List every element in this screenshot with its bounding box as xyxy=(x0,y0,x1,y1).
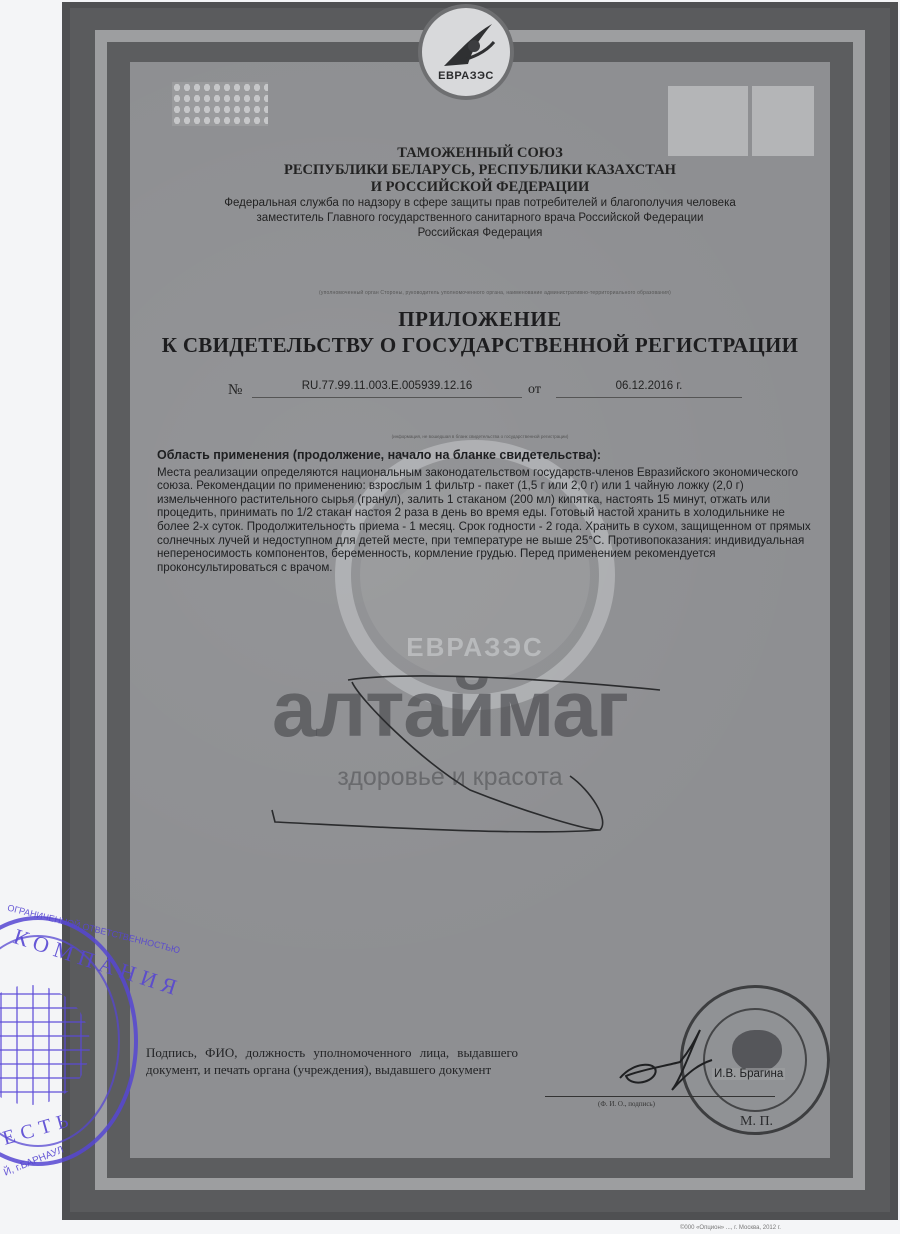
document-title: ПРИЛОЖЕНИЕ К СВИДЕТЕЛЬСТВУ О ГОСУДАРСТВЕ… xyxy=(130,306,830,358)
header-line-deputy: заместитель Главного государственного са… xyxy=(140,211,820,226)
signer-name: И.В. Брагина xyxy=(712,1068,785,1080)
guilloche-ornament-left xyxy=(172,82,268,126)
brand-watermark-tagline: здоровье и красота xyxy=(215,762,685,792)
document-header: ТАМОЖЕННЫЙ СОЮЗ РЕСПУБЛИКИ БЕЛАРУСЬ, РЕС… xyxy=(140,145,820,241)
eurasec-emblem-icon xyxy=(440,20,496,70)
brand-watermark: алтаймаг xyxy=(215,664,685,754)
title-appendix: ПРИЛОЖЕНИЕ xyxy=(130,306,830,332)
printer-imprint: ©000 «Опцион» ..., г. Москва, 2012 г. xyxy=(680,1225,781,1231)
authority-caption: (уполномоченный орган Стороны, руководит… xyxy=(210,290,780,296)
from-label: от xyxy=(528,382,541,398)
watermark-seal-label: ЕВРАЗЭС xyxy=(355,632,595,663)
registration-number: RU.77.99.11.003.E.005939.12.16 xyxy=(252,378,522,398)
header-line-country: Российская Федерация xyxy=(140,226,820,241)
number-sign: № xyxy=(228,382,242,399)
title-certificate: К СВИДЕТЕЛЬСТВУ О ГОСУДАРСТВЕННОЙ РЕГИСТ… xyxy=(130,332,830,358)
scope-heading: Область применения (продолжение, начало … xyxy=(157,449,817,463)
registration-line: № RU.77.99.11.003.E.005939.12.16 от 06.1… xyxy=(228,378,748,402)
signature-line xyxy=(545,1096,775,1097)
registration-date: 06.12.2016 г. xyxy=(556,378,742,398)
scope-text: Места реализации определяются национальн… xyxy=(157,466,817,575)
emblem-label: ЕВРАЗЭС xyxy=(422,70,510,82)
stamp-place-label: М. П. xyxy=(740,1114,773,1130)
header-line-agency: Федеральная служба по надзору в сфере за… xyxy=(140,196,820,211)
header-line-russian-federation: И РОССИЙСКОЙ ФЕДЕРАЦИИ xyxy=(140,179,820,196)
signature-caption: Подпись, ФИО, должность уполномоченного … xyxy=(146,1044,518,1078)
fio-caption: (Ф. И. О., подпись) xyxy=(598,1100,655,1108)
header-line-republics: РЕСПУБЛИКИ БЕЛАРУСЬ, РЕСПУБЛИКИ КАЗАХСТА… xyxy=(140,162,820,179)
scope-section: Область применения (продолжение, начало … xyxy=(157,449,817,574)
header-line-customs-union: ТАМОЖЕННЫЙ СОЮЗ xyxy=(140,145,820,162)
eurasec-emblem: ЕВРАЗЭС xyxy=(418,4,514,100)
registration-caption: (информация, не вошедшая в бланк свидете… xyxy=(320,434,640,439)
double-headed-eagle-icon xyxy=(732,1030,782,1072)
